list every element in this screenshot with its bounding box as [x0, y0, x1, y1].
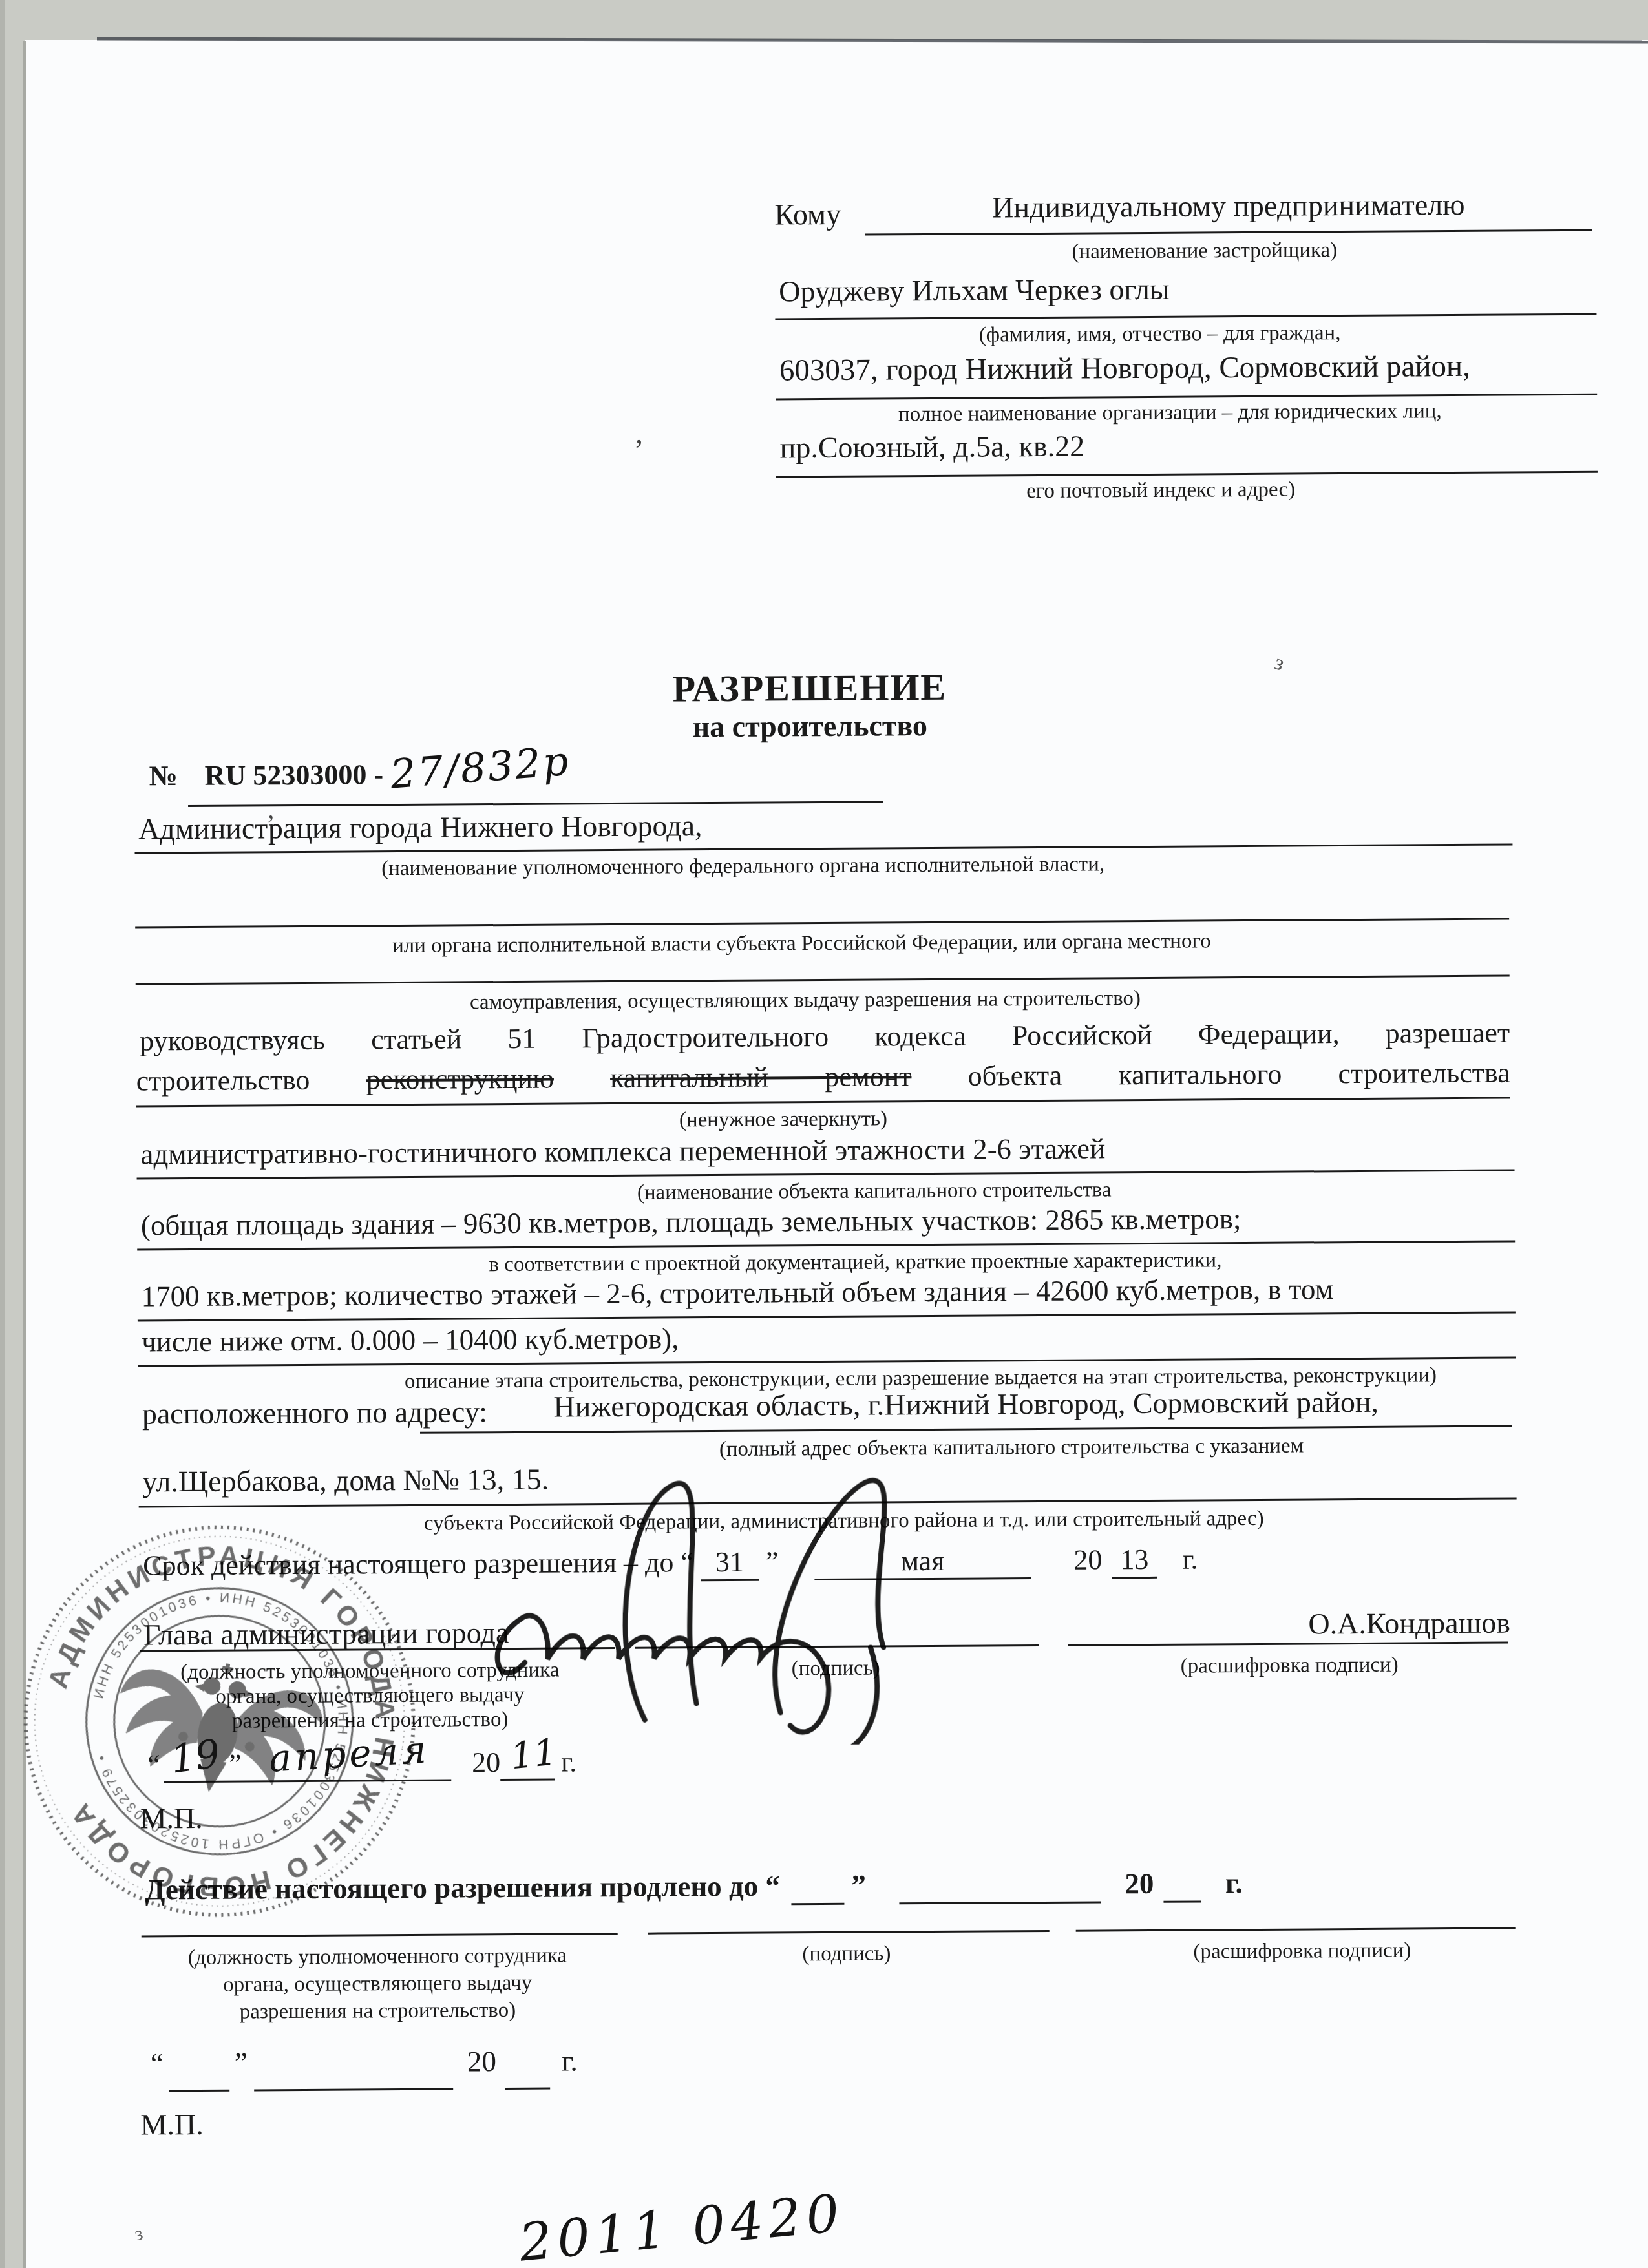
caption-specs: в соответствии с проектной документацией… — [489, 1248, 1221, 1277]
specs3-line: числе ниже отм. 0.000 – 10400 куб.метров… — [138, 1316, 1516, 1367]
name-rule — [1068, 1642, 1508, 1646]
seal-placeholder-2: М.П. — [140, 2108, 203, 2142]
stamp-eagle-emblem — [108, 1648, 329, 1807]
ext-date-suffix: г. — [562, 2044, 578, 2078]
ext-date-year-rule — [505, 2088, 550, 2090]
issue-date-suffix: г. — [561, 1746, 576, 1779]
official-name: О.А.Кондрашов — [1271, 1606, 1510, 1642]
recipient-type-value: Индивидуальному предпринимателю — [992, 188, 1465, 224]
object-name-line: административно-гостиничного комплекса п… — [136, 1129, 1514, 1179]
caption-cross-out: (ненужное зачеркнуть) — [679, 1107, 887, 1132]
caption-person: (фамилия, имя, отчество – для граждан, — [979, 321, 1341, 347]
stray-mark-apostrophe: ’ — [634, 433, 644, 468]
scanned-document-page: Кому Индивидуальному предпринимателю (на… — [0, 0, 1648, 2268]
ext-date-close-quote: ” — [235, 2046, 248, 2080]
ext-caption-position3: разрешения на строительство) — [240, 1999, 516, 2024]
issue-date-day-handwritten: 19 — [168, 1731, 223, 1782]
ext-date-year-prefix: 20 — [467, 2045, 496, 2079]
blank-rule-2 — [136, 975, 1510, 985]
issuer-line: Администрация города Нижнего Новгорода, — [134, 803, 1512, 854]
stray-mark-bottom: з — [132, 2223, 145, 2246]
ext-date-day-rule — [169, 2090, 229, 2092]
address-value-line: Нижегородская область, г.Нижний Новгород… — [420, 1384, 1512, 1434]
caption-name-transcript: (расшифровка подписи) — [1181, 1654, 1399, 1679]
issue-date-month-handwritten: апреля — [268, 1727, 430, 1780]
recipient-address1-line: 603037, город Нижний Новгород, Сормовски… — [776, 348, 1597, 401]
recipient-person-value: Оруджеву Ильхам Черкез оглы — [779, 273, 1170, 308]
extension-month-blank — [899, 1867, 1101, 1904]
number-rule — [188, 801, 883, 807]
ext-caption-position2: органа, осуществляющего выдачу — [223, 1971, 532, 1997]
issue-date-close-quote: ” — [229, 1748, 242, 1781]
word-capital-repair-struck: капитальный ремонт — [610, 1060, 912, 1094]
caption-object-name: (наименование объекта капитального строи… — [637, 1178, 1112, 1204]
extension-suffix: г. — [1225, 1867, 1243, 1899]
issue-date-open-quote: “ — [147, 1748, 160, 1781]
handwritten-archive-note: 2011 0420 — [516, 2183, 847, 2268]
extension-day-blank — [791, 1869, 844, 1905]
body-clause: руководствуясь статьей 51 Градостроитель… — [140, 1017, 1510, 1058]
address-value: Нижегородская область, г.Нижний Новгород… — [553, 1385, 1379, 1423]
caption-organization: полное наименование организации – для юр… — [898, 399, 1442, 426]
recipient-address1-value: 603037, город Нижний Новгород, Сормовски… — [779, 350, 1470, 388]
word-construction: строительство — [136, 1064, 310, 1097]
stray-mark-comma: , — [268, 794, 274, 824]
validity-year-prefix: 20 — [1073, 1544, 1102, 1575]
word-capital: капитального — [1118, 1058, 1282, 1091]
ext-date-month-rule — [254, 2088, 453, 2092]
caption-municipal-authority: самоуправления, осуществляющих выдачу ра… — [470, 987, 1141, 1014]
extension-year-blank — [1164, 1867, 1201, 1902]
recipient-type-line: Индивидуальному предпринимателю — [865, 187, 1592, 236]
ext-caption-signature: (подпись) — [802, 1942, 891, 1966]
issuer-name: Администрация города Нижнего Новгорода, — [138, 809, 703, 845]
word-construction2: строительства — [1338, 1057, 1510, 1090]
ext-date-open-quote: “ — [151, 2047, 164, 2081]
blank-rule-1 — [135, 918, 1509, 929]
extension-close-quote: ” — [851, 1869, 866, 1902]
body-work-type-line: строительство реконструкцию капитальный … — [136, 1057, 1510, 1108]
document-subtitle: на строительство — [692, 709, 927, 744]
number-sign: № — [149, 760, 178, 793]
issue-date-year-rule — [500, 1779, 555, 1781]
validity-suffix: г. — [1182, 1543, 1198, 1575]
specs1-line: (общая площадь здания – 9630 кв.метров, … — [137, 1200, 1515, 1250]
caption-postal-address: его почтовый индекс и адрес) — [1026, 478, 1295, 504]
number-printed: RU 52303000 - — [205, 759, 384, 792]
number-handwritten: 27/832р — [388, 737, 572, 798]
specs2-value: 1700 кв.метров; количество этажей – 2-6,… — [142, 1273, 1334, 1312]
recipient-address2-line: пр.Союзный, д.5а, кв.22 — [776, 426, 1598, 478]
official-signature — [417, 1447, 975, 1747]
word-reconstruction-struck: реконструкцию — [366, 1063, 554, 1096]
round-seal-stamp: АДМИНИСТРАЦИЯ ГОРОДА НИЖНЕГО НОВГОРОДА И… — [0, 1486, 455, 1957]
ext-signature-rule — [648, 1930, 1050, 1935]
validity-year: 13 — [1112, 1544, 1157, 1579]
extension-year-prefix: 20 — [1125, 1867, 1154, 1900]
ext-name-rule — [1076, 1927, 1516, 1931]
document-title: РАЗРЕШЕНИЕ — [673, 666, 947, 711]
ext-caption-name-transcript: (расшифровка подписи) — [1193, 1938, 1411, 1964]
recipient-person-line: Оруджеву Ильхам Черкез оглы — [775, 269, 1596, 320]
specs3-value: числе ниже отм. 0.000 – 10400 куб.метров… — [142, 1322, 679, 1358]
object-name-value: административно-гостиничного комплекса п… — [140, 1132, 1105, 1170]
recipient-label: Кому — [774, 198, 841, 233]
recipient-address2-value: пр.Союзный, д.5а, кв.22 — [780, 430, 1085, 465]
specs2-line: 1700 кв.метров; количество этажей – 2-6,… — [138, 1271, 1516, 1321]
caption-developer-name: (наименование застройщика) — [1072, 238, 1337, 264]
caption-federal-authority: (наименование уполномоченного федерально… — [381, 852, 1104, 881]
specs1-value: (общая площадь здания – 9630 кв.метров, … — [141, 1202, 1241, 1241]
stray-mark-squiggle: з — [1271, 651, 1287, 677]
word-object: объекта — [967, 1060, 1062, 1092]
caption-regional-authority: или органа исполнительной власти субъект… — [392, 929, 1211, 958]
document-content: Кому Индивидуальному предпринимателю (на… — [0, 0, 1648, 2268]
issue-date-year-prefix: 20 — [472, 1747, 500, 1780]
